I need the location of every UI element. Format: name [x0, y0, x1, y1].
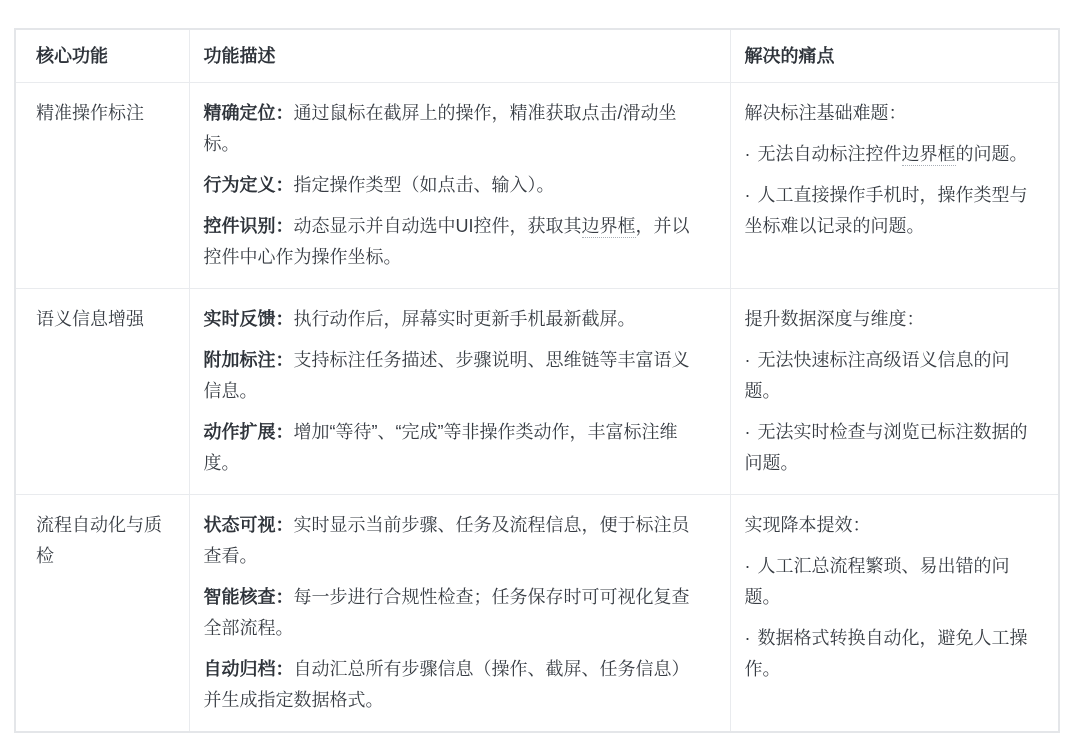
- underlined-term: 边界框: [582, 216, 636, 238]
- table-row: 流程自动化与质检 状态可视：实时显示当前步骤、任务及流程信息，便于标注员查看。 …: [15, 495, 1059, 733]
- description-cell: 实时反馈：执行动作后，屏幕实时更新手机最新截屏。 附加标注：支持标注任务描述、步…: [189, 289, 730, 495]
- description-text: 指定操作类型（如点击、输入）。: [294, 175, 555, 195]
- header-feature-description: 功能描述: [189, 29, 730, 83]
- pain-point-text: 人工汇总流程繁琐、易出错的问题。: [745, 556, 1010, 607]
- bullet-marker: ·: [745, 185, 751, 205]
- description-cell: 精确定位：通过鼠标在截屏上的操作，精准获取点击/滑动坐标。 行为定义：指定操作类…: [189, 83, 730, 289]
- pain-point-item: ·人工直接操作手机时，操作类型与坐标难以记录的问题。: [745, 180, 1034, 242]
- bullet-marker: ·: [745, 144, 751, 164]
- pain-points-cell: 解决标注基础难题： ·无法自动标注控件边界框的问题。 ·人工直接操作手机时，操作…: [730, 83, 1059, 289]
- term-label: 状态可视：: [204, 515, 294, 535]
- description-item: 附加标注：支持标注任务描述、步骤说明、思维链等丰富语义信息。: [204, 345, 694, 407]
- description-cell: 状态可视：实时显示当前步骤、任务及流程信息，便于标注员查看。 智能核查：每一步进…: [189, 495, 730, 733]
- page: 核心功能 功能描述 解决的痛点 精准操作标注 精确定位：通过鼠标在截屏上的操作，…: [0, 0, 1080, 740]
- description-text: 动态显示并自动选中UI控件，获取其: [294, 216, 582, 236]
- table-row: 语义信息增强 实时反馈：执行动作后，屏幕实时更新手机最新截屏。 附加标注：支持标…: [15, 289, 1059, 495]
- pain-point-item: ·无法自动标注控件边界框的问题。: [745, 139, 1034, 170]
- pain-point-text: 人工直接操作手机时，操作类型与坐标难以记录的问题。: [745, 185, 1028, 236]
- features-table: 核心功能 功能描述 解决的痛点 精准操作标注 精确定位：通过鼠标在截屏上的操作，…: [14, 28, 1060, 733]
- pain-point-item: ·无法快速标注高级语义信息的问题。: [745, 345, 1034, 407]
- pain-points-cell: 实现降本提效： ·人工汇总流程繁琐、易出错的问题。 ·数据格式转换自动化，避免人…: [730, 495, 1059, 733]
- pain-point-item: ·数据格式转换自动化，避免人工操作。: [745, 623, 1034, 685]
- description-item: 自动归档：自动汇总所有步骤信息（操作、截屏、任务信息）并生成指定数据格式。: [204, 654, 694, 716]
- pain-title: 提升数据深度与维度：: [745, 304, 1034, 335]
- pain-point-text: 的问题。: [956, 144, 1028, 164]
- table-row: 精准操作标注 精确定位：通过鼠标在截屏上的操作，精准获取点击/滑动坐标。 行为定…: [15, 83, 1059, 289]
- pain-point-text: 无法实时检查与浏览已标注数据的问题。: [745, 422, 1028, 473]
- term-label: 动作扩展：: [204, 422, 294, 442]
- term-label: 精确定位：: [204, 103, 294, 123]
- description-item: 状态可视：实时显示当前步骤、任务及流程信息，便于标注员查看。: [204, 510, 694, 572]
- description-item: 实时反馈：执行动作后，屏幕实时更新手机最新截屏。: [204, 304, 694, 335]
- term-label: 行为定义：: [204, 175, 294, 195]
- feature-cell: 语义信息增强: [15, 289, 189, 495]
- bullet-marker: ·: [745, 556, 751, 576]
- header-pain-points: 解决的痛点: [730, 29, 1059, 83]
- term-label: 控件识别：: [204, 216, 294, 236]
- description-item: 动作扩展：增加“等待”、“完成”等非操作类动作，丰富标注维度。: [204, 417, 694, 479]
- description-item: 控件识别：动态显示并自动选中UI控件，获取其边界框，并以控件中心作为操作坐标。: [204, 211, 694, 273]
- pain-title: 实现降本提效：: [745, 510, 1034, 541]
- description-item: 智能核查：每一步进行合规性检查；任务保存时可可视化复查全部流程。: [204, 582, 694, 644]
- pain-point-text: 无法自动标注控件: [758, 144, 902, 164]
- feature-cell: 精准操作标注: [15, 83, 189, 289]
- description-item: 行为定义：指定操作类型（如点击、输入）。: [204, 170, 694, 201]
- description-text: 执行动作后，屏幕实时更新手机最新截屏。: [294, 309, 636, 329]
- bullet-marker: ·: [745, 422, 751, 442]
- pain-points-cell: 提升数据深度与维度： ·无法快速标注高级语义信息的问题。 ·无法实时检查与浏览已…: [730, 289, 1059, 495]
- header-core-function: 核心功能: [15, 29, 189, 83]
- pain-point-item: ·无法实时检查与浏览已标注数据的问题。: [745, 417, 1034, 479]
- term-label: 实时反馈：: [204, 309, 294, 329]
- pain-point-text: 数据格式转换自动化，避免人工操作。: [745, 628, 1028, 679]
- bullet-marker: ·: [745, 350, 751, 370]
- term-label: 自动归档：: [204, 659, 294, 679]
- underlined-term: 边界框: [902, 144, 956, 166]
- bullet-marker: ·: [745, 628, 751, 648]
- pain-point-text: 无法快速标注高级语义信息的问题。: [745, 350, 1010, 401]
- description-item: 精确定位：通过鼠标在截屏上的操作，精准获取点击/滑动坐标。: [204, 98, 694, 160]
- header-row: 核心功能 功能描述 解决的痛点: [15, 29, 1059, 83]
- feature-cell: 流程自动化与质检: [15, 495, 189, 733]
- term-label: 智能核查：: [204, 587, 294, 607]
- term-label: 附加标注：: [204, 350, 294, 370]
- pain-point-item: ·人工汇总流程繁琐、易出错的问题。: [745, 551, 1034, 613]
- pain-title: 解决标注基础难题：: [745, 98, 1034, 129]
